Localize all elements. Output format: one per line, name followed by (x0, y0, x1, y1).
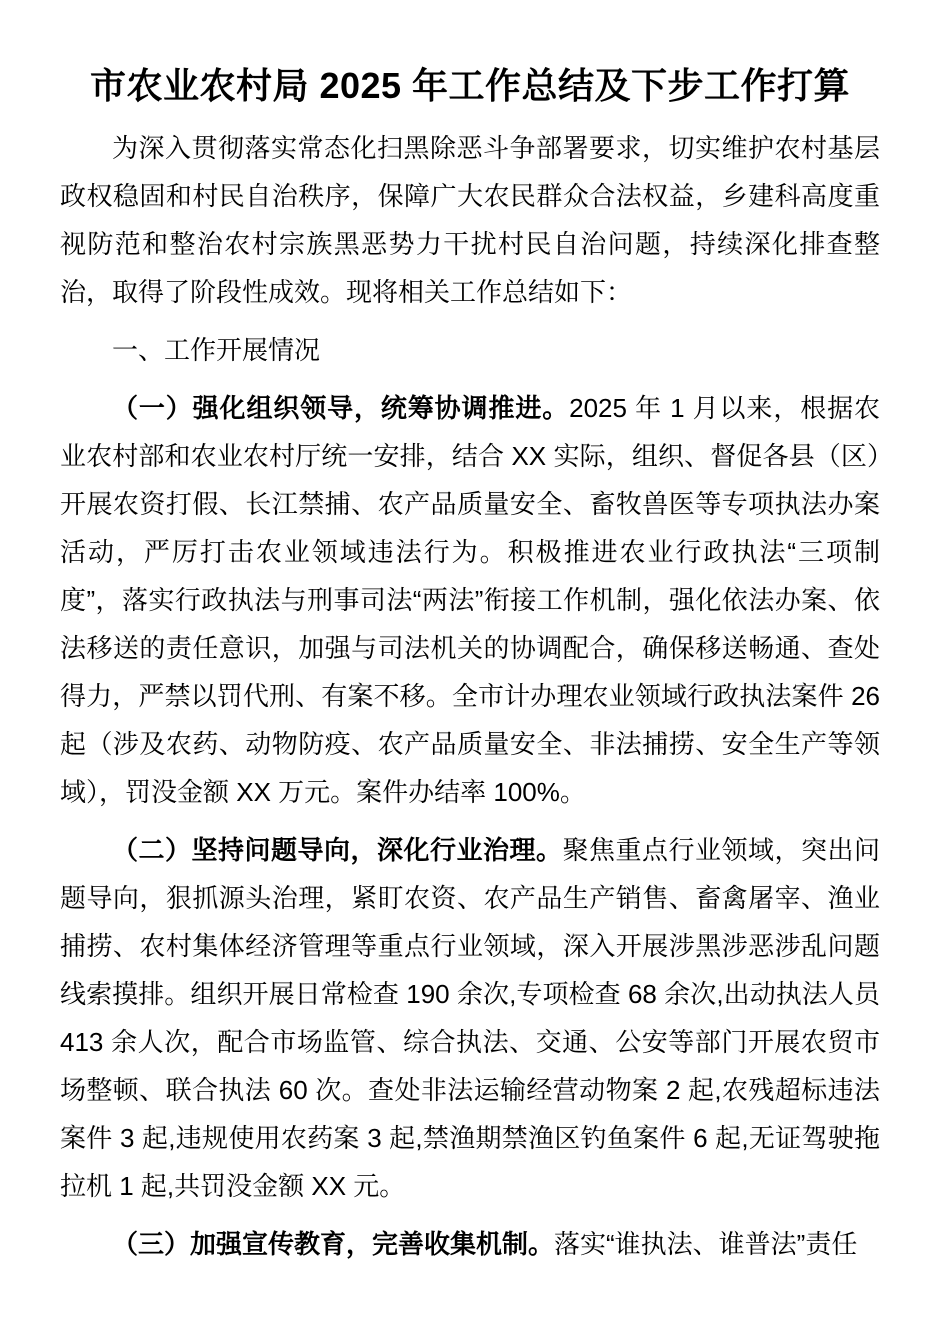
subsection-1-lead: （一）强化组织领导，统筹协调推进。 (112, 393, 569, 423)
subsection-2-lead: （二）坚持问题导向，深化行业治理。 (112, 835, 562, 865)
subsection-paragraph-3: （三）加强宣传教育，完善收集机制。落实“谁执法、谁普法”责任 (60, 1220, 880, 1268)
subsection-paragraph-2: （二）坚持问题导向，深化行业治理。聚焦重点行业领域，突出问题导向，狠抓源头治理，… (60, 826, 880, 1210)
subsection-2-text: 聚焦重点行业领域，突出问题导向，狠抓源头治理，紧盯农资、农产品生产销售、畜禽屠宰… (60, 835, 880, 1201)
document-body: 为深入贯彻落实常态化扫黑除恶斗争部署要求，切实维护农村基层政权稳固和村民自治秩序… (60, 124, 880, 1268)
subsection-3-lead: （三）加强宣传教育，完善收集机制。 (112, 1229, 554, 1259)
document-page: 市农业农村局 2025 年工作总结及下步工作打算 为深入贯彻落实常态化扫黑除恶斗… (0, 0, 950, 1344)
subsection-1-text: 2025 年 1 月以来，根据农业农村部和农业农村厅统一安排，结合 XX 实际，… (60, 393, 880, 807)
subsection-paragraph-1: （一）强化组织领导，统筹协调推进。2025 年 1 月以来，根据农业农村部和农业… (60, 384, 880, 816)
subsection-3-text: 落实“谁执法、谁普法”责任 (554, 1229, 857, 1259)
document-title: 市农业农村局 2025 年工作总结及下步工作打算 (60, 62, 880, 110)
intro-text: 为深入贯彻落实常态化扫黑除恶斗争部署要求，切实维护农村基层政权稳固和村民自治秩序… (60, 133, 880, 307)
intro-paragraph: 为深入贯彻落实常态化扫黑除恶斗争部署要求，切实维护农村基层政权稳固和村民自治秩序… (60, 124, 880, 316)
section-heading: 一、工作开展情况 (60, 326, 880, 374)
